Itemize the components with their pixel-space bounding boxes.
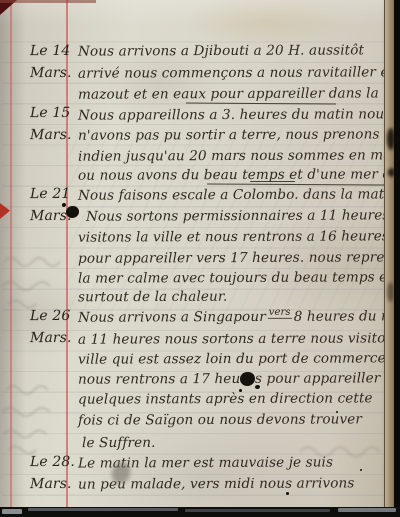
bottom-pages-band [0,507,400,517]
paper-sheet: Le 14 Mars. Nous arrivons a Djibouti a 2… [0,0,395,509]
journal-line: ou nous avons du beau temps et d'une mer… [78,166,395,184]
page-edge-segment [28,508,178,511]
edge-smudge [387,282,394,302]
bleedthrough-ghost-writing [0,252,66,312]
journal-line: surtout de la chaleur. [78,289,227,306]
journal-line: a 11 heures nous sortons a terre nous vi… [78,330,395,347]
entry-date: Le 26 [30,308,70,324]
journal-line-with-insert: Nous arrivons a Singapourvers8 heures du… [78,308,395,326]
journal-line: quelques instants après en direction cet… [78,390,373,407]
journal-line: ville qui est assez loin du port de comm… [78,350,390,367]
journal-line: nous rentrons a 17 heures pour appareill… [78,370,380,387]
journal-line: la mer calme avec toujours du beau temps… [78,269,393,286]
entry-date: Mars. [30,330,72,346]
journal-line: fois ci de Saïgon ou nous devons trouver [78,411,362,428]
ink-speck [62,203,66,207]
ink-speck [336,411,338,413]
top-shading [0,0,395,26]
inserted-word: vers [268,307,292,319]
page-edge-segment [185,509,330,512]
line-text: Nous arrivons a Singapour [78,309,266,326]
journal-line: visitons la ville et nous rentrons a 16 … [78,228,393,245]
entry-date: Le 15 [30,105,70,121]
journal-line: indien jusqu'au 20 mars nous sommes en m… [78,147,395,164]
journal-line: mazout et en eaux pour appareiller dans … [78,85,395,102]
ink-speck [360,469,362,471]
journal-line: Nous sortons permissionnaires a 11 heure… [86,207,395,224]
entry-date: Mars. [30,127,72,143]
entry-date: Mars. [30,476,72,492]
entry-date: Mars. [30,65,72,81]
journal-line: Nous appareillons a 3. heures du matin n… [78,106,391,123]
entry-date: Le 28. [30,454,75,470]
bleedthrough-ghost-writing [0,382,66,457]
journal-line: Nous faisons escale a Colombo. dans la m… [78,186,395,203]
journal-line: n'avons pas pu sortir a terre, nous pren… [78,126,395,144]
page-edge-segment [2,509,22,514]
line-text: 8 heures du matin. [294,308,395,325]
journal-line: arrivé nous commençons a nous ravitaille… [78,64,395,81]
ink-underline [250,181,295,182]
entry-date: Le 21 [30,186,70,202]
journal-line: le Suffren. [82,435,156,451]
journal-line: Nous arrivons a Djibouti a 20 H. aussitô… [78,42,364,59]
background-right [394,0,400,517]
journal-line: pour appareiller vers 17 heures. nous re… [78,249,395,266]
entry-date: Le 14 [30,43,70,59]
photographed-journal-page: Le 14 Mars. Nous arrivons a Djibouti a 2… [0,0,400,517]
page-edge-segment [338,508,396,512]
top-edge-line [0,0,96,3]
